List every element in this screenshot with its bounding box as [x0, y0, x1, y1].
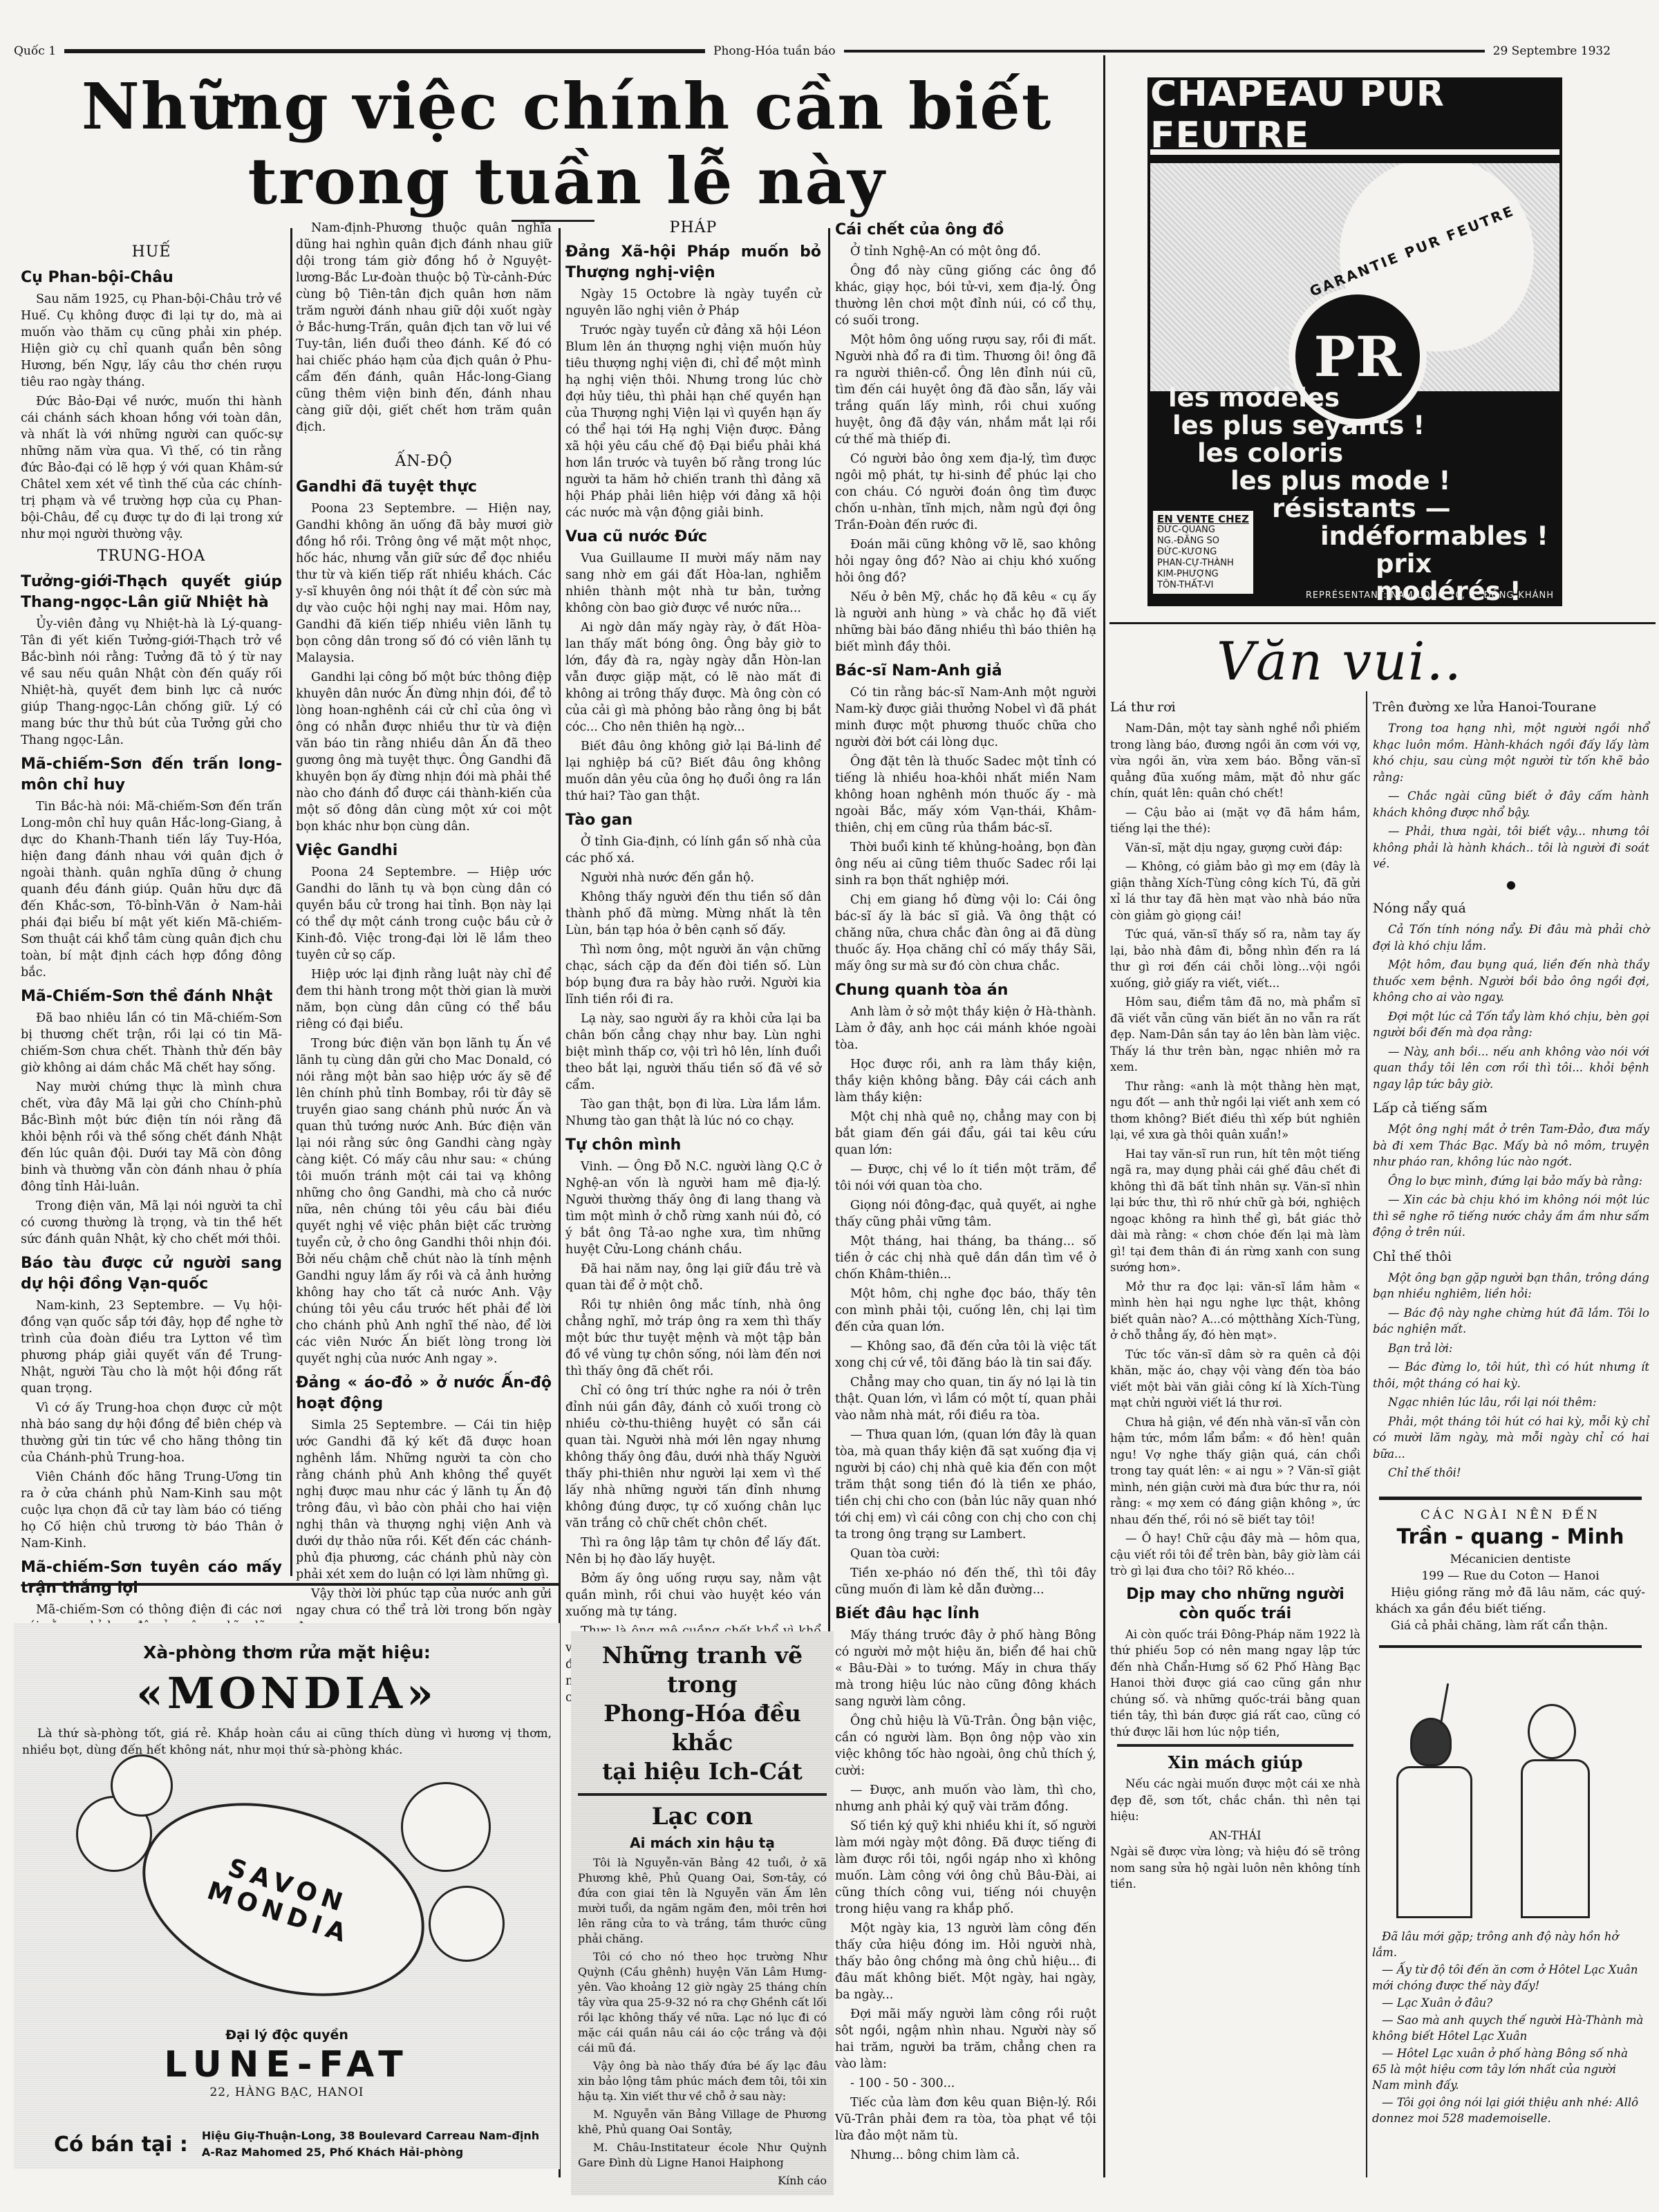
- article-paragraph: Hiệp ước lại định rằng luật này chỉ để đ…: [296, 966, 552, 1033]
- ich-cat-ad-box: Những tranh vẽ trong Phong-Hóa đều khắc …: [571, 1631, 834, 2195]
- man-right-head-icon: [1528, 1704, 1576, 1759]
- article-paragraph: Giọng nói đông-đạc, quả quyết, ai nghe t…: [835, 1197, 1096, 1230]
- article-paragraph: Chị em giang hồ đừng vội lo: Cái ông bác…: [835, 892, 1096, 975]
- article-title: Dịp may cho những người còn quốc trái: [1110, 1585, 1360, 1624]
- article-paragraph: Lạ này, sao người ấy ra khỏi cửa lại ba …: [565, 1011, 821, 1094]
- article-paragraph: Vì cớ ấy Trung-hoa chọn được cử một nhà …: [21, 1400, 282, 1466]
- article-paragraph: Hôm sau, điểm tâm đã no, mà phẩm sĩ đã v…: [1110, 994, 1360, 1076]
- article-title: Lấp cả tiếng sấm: [1373, 1098, 1649, 1118]
- dentist-kicker: CÁC NGÀI NÊN ĐẾN: [1376, 1507, 1645, 1524]
- article-paragraph: Nay mười chứng thực là mình chưa chết, v…: [21, 1079, 282, 1195]
- article-nong-nay-qua: Nóng nẩy quá Cả Tốn tính nóng nẩy. Đi đâ…: [1373, 898, 1649, 1092]
- caption-line: — Ấy từ độ tôi đến ăn cơm ở Hôtel Lạc Xu…: [1372, 1962, 1645, 1994]
- article-ma-chiem-son-the-danh-nhat: Mã-Chiếm-Sơn thề đánh Nhật Đã bao nhiêu …: [21, 986, 282, 1248]
- article-title: Tào gan: [565, 810, 821, 831]
- dentist-body: Giá cả phải chăng, làm rất cẩn thận.: [1376, 1618, 1645, 1634]
- article-title: Việc Gandhi: [296, 841, 552, 861]
- article-paragraph: — Cậu bảo ai (mặt vợ đã hầm hầm, tiếng l…: [1110, 805, 1360, 837]
- mondia-kicker: Xà-phòng thơm rửa mặt hiệu:: [14, 1642, 560, 1662]
- vente-item: KIM-PHƯỢNG: [1157, 569, 1249, 580]
- savon-mondia-soap-icon: SAVON MONDIA: [118, 1769, 449, 2030]
- masthead-left: Quốc 1: [14, 44, 56, 58]
- mondia-soap-ad: Xà-phòng thơm rửa mặt hiệu: «MONDIA» Là …: [14, 1623, 560, 2169]
- article-paragraph: — Không, có giảm bảo gì mợ em (đây là gi…: [1110, 859, 1360, 924]
- article-la-thu-roi: Lá thư rơi Nam-Dân, một tay sành nghề nổ…: [1110, 697, 1360, 1580]
- article-paragraph: Văn-sĩ, mặt dịu ngay, gượng cười đáp:: [1110, 840, 1360, 856]
- dentist-name: Trần - quang - Minh: [1376, 1524, 1645, 1551]
- article-paragraph: Đã hai năm nay, ông lại giữ đầu trẻ và q…: [565, 1261, 821, 1294]
- article-title: Xin mách giúp: [1110, 1752, 1360, 1773]
- article-paragraph: Một hôm ông uống rượu say, rồi đi mất. N…: [835, 332, 1096, 448]
- vente-item: ĐỨC-QUANG: [1157, 525, 1249, 536]
- slogan-line: les plus mode !: [1168, 467, 1559, 495]
- article-paragraph: Nam-định-Phương thuộc quân nghĩa dũng ha…: [296, 220, 552, 435]
- article-title: Nóng nẩy quá: [1373, 898, 1649, 919]
- emblem-letters: PR: [1314, 324, 1402, 389]
- article-paragraph: Một ông bạn gặp người bạn thân, trông dá…: [1373, 1270, 1649, 1302]
- article-paragraph: — Thưa quan lớn, (quan lớn đây là quan t…: [835, 1427, 1096, 1543]
- dentist-body: Hiệu giồng răng mở đã lâu năm, các quý-k…: [1376, 1584, 1645, 1618]
- article-paragraph: Đoán mãi cũng không vỡ lẽ, sao không hỏi…: [835, 536, 1096, 586]
- ich-cat-line-2: Phong-Hóa đều khắc: [578, 1699, 827, 1757]
- article-paragraph: Có tin rằng bác-sĩ Nam-Anh một người Nam…: [835, 684, 1096, 751]
- article-paragraph: Chưa hả giận, về đến nhà văn-sĩ vẫn còn …: [1110, 1414, 1360, 1528]
- article-paragraph: Ngạc nhiên lúc lâu, rồi lại nói thêm:: [1373, 1394, 1649, 1411]
- flower-icon: [401, 1782, 491, 1872]
- cartoon-two-men-illustration: [1389, 1676, 1652, 1918]
- article-paragraph: Thư rằng: «anh là một thằng hèn mạt, ngu…: [1110, 1078, 1360, 1143]
- article-paragraph: Tức tốc văn-sĩ dâm sờ ra quên cả đội khă…: [1110, 1347, 1360, 1412]
- section-label-an-do: ẤN-ĐỘ: [296, 453, 552, 470]
- van-vui-left-column: Lá thư rơi Nam-Dân, một tay sành nghề nổ…: [1110, 691, 1360, 1895]
- article-paragraph: Tiếc của làm đơn kêu quan Biện-lý. Rồi V…: [835, 2094, 1096, 2144]
- mondia-agency: Đại lý độc quyền LUNE-FAT 22, HÀNG BẠC, …: [14, 2027, 560, 2099]
- section-divider: [1379, 1497, 1642, 1500]
- masthead-rule-left: [64, 49, 705, 53]
- article-paragraph: Trong toa hạng nhì, một người ngồi nhổ k…: [1373, 720, 1649, 785]
- masthead: Quốc 1 Phong-Hóa tuần báo 29 Septembre 1…: [14, 43, 1611, 59]
- bullet-separator-icon: ●: [1373, 877, 1649, 893]
- article-viec-gandhi: Việc Gandhi Poona 24 Septembre. — Hiệp ư…: [296, 841, 552, 1367]
- article-paragraph: Đức Bảo-Đại về nước, muốn thi hành cái c…: [21, 393, 282, 543]
- article-paragraph: Vinh. — Ông Đỗ N.C. người làng Q.C ở Ngh…: [565, 1159, 821, 1258]
- divider: [578, 1793, 827, 1796]
- dentist-title: Mécanicien dentiste: [1376, 1551, 1645, 1568]
- article-title: Bác-sĩ Nam-Anh giả: [835, 661, 1096, 682]
- article-title: Vua cũ nước Đức: [565, 527, 821, 547]
- article-title: Mã-chiếm-Sơn đến trấn long-môn chỉ huy: [21, 754, 282, 796]
- news-column-3: PHÁP Đảng Xã-hội Pháp muốn bỏ Thượng ngh…: [565, 220, 821, 1709]
- article-paragraph: Phải, một tháng tôi hút có hai kỳ, mỗi k…: [1373, 1414, 1649, 1463]
- article-title: Cụ Phan-bội-Châu: [21, 268, 282, 288]
- article-paragraph: — Phải, thưa ngài, tôi biết vậy... nhưng…: [1373, 823, 1649, 872]
- article-phan-boi-chau: Cụ Phan-bội-Châu Sau năm 1925, cụ Phan-b…: [21, 268, 282, 543]
- chapeau-pur-feutre-ad: CHAPEAU PUR FEUTRE GARANTIE PUR FEUTRE P…: [1147, 77, 1562, 606]
- article-paragraph: — Được, anh muốn vào làm, thì cho, nhưng…: [835, 1782, 1096, 1815]
- vente-item: ĐỨC-KƯƠNG: [1157, 547, 1249, 558]
- representant-line: REPRÉSENTANT: NAM-LONG 10, Bᵈ ĐỒNG-KHÁNH: [1306, 590, 1554, 601]
- lac-con-body: Tôi là Nguyễn-văn Bảng 42 tuổi, ở xã Phư…: [578, 1855, 827, 2188]
- article-paragraph: Hai tay văn-sĩ run run, hít tên một tiến…: [1110, 1146, 1360, 1276]
- section-label-trung-hoa: TRUNG-HOA: [21, 548, 282, 565]
- sold-label: Có bán tại :: [54, 2133, 188, 2157]
- article-paragraph: — Này, anh bồi... nếu anh không vào nói …: [1373, 1044, 1649, 1093]
- article-paragraph: — Ô hay! Chữ cậu đây mà — hôm qua, cậu v…: [1110, 1530, 1360, 1580]
- article-paragraph: Ai ngờ dân mấy ngày rày, ở đất Hòa-lan t…: [565, 619, 821, 735]
- dentist-ad: CÁC NGÀI NÊN ĐẾN Trần - quang - Minh Méc…: [1376, 1507, 1645, 1634]
- article-paragraph: M. Châu-Institateur école Như Quỳnh Gare…: [578, 2140, 827, 2171]
- article-title: Biết đâu hạc lỉnh: [835, 1604, 1096, 1624]
- article-ma-chiem-son-long-mon: Mã-chiếm-Sơn đến trấn long-môn chỉ huy T…: [21, 754, 282, 981]
- column-divider: [290, 228, 292, 1576]
- article-tuong-gioi-thach: Tưởng-giới-Thạch quyết giúp Thang-ngọc-L…: [21, 572, 282, 749]
- caption-line: — Hôtel Lạc xuân ở phố hàng Bông số nhà …: [1372, 2045, 1645, 2093]
- article-paragraph: - 100 - 50 - 300...: [835, 2075, 1096, 2092]
- article-paragraph: Vua Guillaume II mười mấy năm nay sang n…: [565, 550, 821, 617]
- article-paragraph: Cả Tốn tính nóng nẩy. Đi đâu mà phải chờ…: [1373, 921, 1649, 954]
- vente-item: TÔN-THẤT-VI: [1157, 580, 1249, 591]
- article-title: Trên đường xe lửa Hanoi-Tourane: [1373, 697, 1649, 718]
- news-column-4: Cái chết của ông đồ Ở tỉnh Nghệ-An có mộ…: [835, 220, 1096, 2176]
- masthead-date: 29 Septembre 1932: [1493, 44, 1611, 58]
- article-paragraph: Anh làm ở sở một thầy kiện ở Hà-thành. L…: [835, 1004, 1096, 1053]
- article-dang-xa-hoi-phap: Đảng Xã-hội Pháp muốn bỏ Thượng nghị-việ…: [565, 242, 821, 521]
- article-title: Chung quanh tòa án: [835, 980, 1096, 1001]
- article-tao-gan: Tào gan Ở tỉnh Gia-định, có lính gần số …: [565, 810, 821, 1130]
- caption-line: — Sao mà anh quych thế người Hà-Thành mà…: [1372, 2012, 1645, 2044]
- article-title: Cái chết của ông đồ: [835, 220, 1096, 241]
- article-paragraph: Trong điện văn, Mã lại nói người ta chỉ …: [21, 1198, 282, 1248]
- article-paragraph: Số tiền ký quỹ khi nhiều khi ít, số ngườ…: [835, 1818, 1096, 1918]
- van-vui-right-column: Trên đường xe lửa Hanoi-Tourane Trong to…: [1373, 691, 1649, 1484]
- article-paragraph: Đợi mãi mấy người làm công rồi ruột sôt …: [835, 2006, 1096, 2072]
- article-title: Chỉ thế thôi: [1373, 1246, 1649, 1267]
- article-paragraph: Mấy tháng trước đây ở phố hàng Bông có n…: [835, 1627, 1096, 1710]
- article-paragraph: — Chắc ngài cũng biết ở đây cấm hành khá…: [1373, 788, 1649, 821]
- article-xin-mach-giup: Xin mách giúp Nếu các ngài muốn được một…: [1110, 1752, 1360, 1893]
- article-paragraph: Bạn trả lời:: [1373, 1340, 1649, 1357]
- article-paragraph: Rồi tự nhiên ông mắc tính, nhà ông chẳng…: [565, 1297, 821, 1380]
- caption-line: Đã lâu mới gặp; trông anh độ này hồn hở …: [1372, 1929, 1645, 1960]
- article-paragraph: Ông đặt tên là thuốc Sadec một tỉnh có t…: [835, 753, 1096, 836]
- vente-header: EN VENTE CHEZ: [1157, 514, 1249, 525]
- smoke-icon: [1440, 1683, 1449, 1725]
- article-gandhi-tuyet-thuc: Gandhi đã tuyệt thực Poona 23 Septembre.…: [296, 477, 552, 835]
- article-lap-ca-tieng-sam: Lấp cả tiếng sấm Một ông nghị mắt ở trên…: [1373, 1098, 1649, 1241]
- article-title: Tưởng-giới-Thạch quyết giúp Thang-ngọc-L…: [21, 572, 282, 613]
- man-left-body-icon: [1396, 1766, 1472, 1918]
- article-paragraph: Ông chủ hiệu là Vũ-Trân. Ông bận việc, c…: [835, 1713, 1096, 1779]
- article-paragraph: Nhưng... bông chim làm cả.: [835, 2147, 1096, 2164]
- article-paragraph: Viên Chánh đốc hãng Trung-Ương tin ra ở …: [21, 1469, 282, 1552]
- agency-label: Đại lý độc quyền: [14, 2027, 560, 2043]
- slogan-line: les coloris: [1168, 440, 1559, 467]
- mondia-sold-at: Có bán tại : Hiệu Giụ-Thuận-Long, 38 Bou…: [54, 2128, 539, 2161]
- article-chi-the-thoi: Chỉ thế thôi Một ông bạn gặp người bạn t…: [1373, 1246, 1649, 1481]
- divider: [1117, 1744, 1353, 1747]
- mondia-description: Là thứ sà-phòng tốt, giá rẻ. Khắp hoàn c…: [14, 1725, 560, 1759]
- vente-item: PHAN-CỰ-THÀNH: [1157, 558, 1249, 569]
- article-paragraph: Một chị nhà quê nọ, chẳng may con bị bắt…: [835, 1109, 1096, 1159]
- article-dip-may-quoc-trai: Dịp may cho những người còn quốc trái Ai…: [1110, 1585, 1360, 1741]
- caption-line: — Tôi gọi ông nói lại giới thiệu anh nhé…: [1372, 2094, 1645, 2126]
- lac-con-sign: Kính cáo: [578, 2173, 827, 2188]
- article-paragraph: Thì nơm ông, một người ăn vận chững chạc…: [565, 941, 821, 1008]
- article-paragraph: — Xin các bà chịu khó im không nói một l…: [1373, 1192, 1649, 1241]
- ich-cat-line-3: tại hiệu Ich-Cát: [578, 1757, 827, 1786]
- chapeau-banner: CHAPEAU PUR FEUTRE: [1150, 80, 1559, 155]
- article-paragraph: Tiền xe-pháo nó đến thế, thì tôi đây cũn…: [835, 1565, 1096, 1598]
- article-chung-quanh-toa-an: Chung quanh tòa án Anh làm ở sở một thầy…: [835, 980, 1096, 1598]
- article-paragraph: Đã bao nhiêu lần có tin Mã-chiếm-Sơn bị …: [21, 1010, 282, 1076]
- article-paragraph: Ở tỉnh Nghệ-An có một ông đồ.: [835, 243, 1096, 260]
- slogan-line: les plus seyants !: [1168, 412, 1559, 440]
- article-paragraph: Thì ra ông lập tâm tự chôn để lấy đất. N…: [565, 1535, 821, 1568]
- article-paragraph: Có người bảo ông xem địa-lý, tìm được ng…: [835, 451, 1096, 534]
- man-left-head-icon: [1410, 1718, 1452, 1766]
- article-paragraph: M. Nguyễn văn Bảng Village de Phương khê…: [578, 2107, 827, 2137]
- article-paragraph: Sau năm 1925, cụ Phan-bội-Châu trở về Hu…: [21, 291, 282, 391]
- sold-line: Hiệu Giụ-Thuận-Long, 38 Boulevard Carrea…: [202, 2128, 539, 2144]
- article-paragraph: Ai còn quốc trái Đông-Pháp năm 1922 là t…: [1110, 1627, 1360, 1741]
- section-divider: [1109, 622, 1656, 624]
- man-right-body-icon: [1521, 1759, 1590, 1918]
- news-column-2: Nam-định-Phương thuộc quân nghĩa dũng ha…: [296, 220, 552, 1757]
- article-paragraph: Chỉ có ông trí thức nghe ra nói ở trên đ…: [565, 1382, 821, 1532]
- article-paragraph: Ngài sẽ được vừa lòng; và hiệu đó sẽ trô…: [1110, 1844, 1360, 1893]
- page-headline: Những việc chính cần biết trong tuần lễ …: [76, 69, 1058, 218]
- dentist-address: 199 — Rue du Coton — Hanoi: [1376, 1568, 1645, 1584]
- slogan-line: les modèles: [1168, 384, 1559, 412]
- article-paragraph: Gandhi lại công bố một bức thông điệp kh…: [296, 669, 552, 835]
- article-paragraph: Nếu các ngài muốn được một cái xe nhà đẹ…: [1110, 1776, 1360, 1825]
- column-divider: [1366, 691, 1367, 2177]
- lac-con-title: Lạc con: [578, 1801, 827, 1832]
- masthead-rule-right: [844, 50, 1485, 53]
- article-title: Đảng « áo-đỏ » ở nước Ấn-độ hoạt động: [296, 1373, 552, 1414]
- column-divider: [1103, 55, 1105, 2177]
- article-paragraph: Trước ngày tuyển cử đảng xã hội Léon Blu…: [565, 322, 821, 521]
- article-paragraph: Một ngày kia, 13 người làm công đến thấy…: [835, 1920, 1096, 2003]
- article-bac-si-nam-anh: Bác-sĩ Nam-Anh giả Có tin rằng bác-sĩ Na…: [835, 661, 1096, 975]
- article-paragraph: Simla 25 Septembre. — Cái tin hiệp ước G…: [296, 1417, 552, 1583]
- article-bao-tau-hoi-dong: Báo tàu được cử người sang dự hội đồng V…: [21, 1253, 282, 1552]
- article-paragraph: Quan tòa cười:: [835, 1546, 1096, 1562]
- ich-cat-line-1: Những tranh vẽ trong: [578, 1641, 827, 1699]
- article-paragraph: Thời buổi kinh tế khủng-hoảng, bọn đàn ô…: [835, 839, 1096, 889]
- article-paragraph: Nếu ở bên Mỹ, chắc họ đã kêu « cụ ấy là …: [835, 589, 1096, 655]
- vente-item: NG.-ĐĂNG SO: [1157, 536, 1249, 547]
- article-paragraph: Một ông nghị mắt ở trên Tam-Đảo, đưa mấy…: [1373, 1121, 1649, 1170]
- article-paragraph: Tức quá, văn-sĩ thấy số ra, nằm tay ấy l…: [1110, 926, 1360, 991]
- article-paragraph: — Bác đừng lo, tôi hút, thì có hút nhưng…: [1373, 1359, 1649, 1391]
- caption-line: — Lạc Xuân ở đâu?: [1372, 1995, 1645, 2011]
- article-paragraph: Không thấy người đến thu tiền số dân thà…: [565, 889, 821, 939]
- article-title: Đảng Xã-hội Pháp muốn bỏ Thượng nghị-việ…: [565, 242, 821, 283]
- article-paragraph: Tôi có cho nó theo học trường Như Quỳnh …: [578, 1949, 827, 2056]
- article-paragraph: Trong bức điện văn bọn lãnh tụ Ấn về lãn…: [296, 1035, 552, 1367]
- article-title: Gandhi đã tuyệt thực: [296, 477, 552, 498]
- article-xe-lua-hanoi-tourane: Trên đường xe lửa Hanoi-Tourane Trong to…: [1373, 697, 1649, 872]
- article-paragraph: Một hôm, đau bụng quá, liền đến nhà thầy…: [1373, 957, 1649, 1006]
- cartoon-caption: Đã lâu mới gặp; trông anh độ này hồn hở …: [1372, 1929, 1645, 2128]
- article-paragraph: Nam-kinh, 23 Septembre. — Vụ hội-đồng vạ…: [21, 1297, 282, 1397]
- article-paragraph: — Được, chị về lo ít tiền một trăm, để t…: [835, 1161, 1096, 1194]
- sold-line: A-Raz Mahomed 25, Phố Khách Hải-phòng: [202, 2144, 539, 2161]
- en-vente-list: EN VENTE CHEZ ĐỨC-QUANG NG.-ĐĂNG SO ĐỨC-…: [1153, 511, 1253, 594]
- article-paragraph: — Không sao, đã đến cửa tôi là việc tất …: [835, 1338, 1096, 1371]
- flower-icon: [429, 1886, 505, 1962]
- article-paragraph: Poona 24 Septembre. — Hiệp ước Gandhi do…: [296, 864, 552, 964]
- article-title: Mã-chiếm-Sơn tuyên cáo mấy trận thắng lợ…: [21, 1557, 282, 1599]
- article-paragraph: Tin Bắc-hà nói: Mã-chiếm-Sơn đến trấn Lo…: [21, 798, 282, 981]
- article-tu-chon-minh: Tự chôn mình Vinh. — Ông Đỗ N.C. người l…: [565, 1135, 821, 1706]
- article-paragraph: Biết đâu ông không giở lại Bá-linh để lạ…: [565, 738, 821, 805]
- article-title: Mã-Chiếm-Sơn thề đánh Nhật: [21, 986, 282, 1007]
- article-paragraph: Người nhà nước đến gắn hộ.: [565, 870, 821, 886]
- news-column-1: HUẾ Cụ Phan-bội-Châu Sau năm 1925, cụ Ph…: [21, 238, 282, 1721]
- article-title: Lá thư rơi: [1110, 697, 1360, 718]
- article-paragraph: Học được rồi, anh ra làm thầy kiện, thầy…: [835, 1056, 1096, 1106]
- article-paragraph: Ông đồ này cũng giống các ông đồ khác, g…: [835, 263, 1096, 329]
- mondia-brand: «MONDIA»: [14, 1668, 560, 1718]
- article-paragraph: Ngày 15 Octobre là ngày tuyển cử nguyên …: [565, 286, 821, 319]
- flower-icon: [111, 1754, 173, 1817]
- section-label-hue: HUẾ: [21, 244, 282, 261]
- article-paragraph: Một tháng, hai tháng, ba tháng... số tiề…: [835, 1233, 1096, 1283]
- article-paragraph: Chẳng may cho quan, tin ấy nó lại là tin…: [835, 1374, 1096, 1424]
- article-paragraph: Tôi là Nguyễn-văn Bảng 42 tuổi, ở xã Phư…: [578, 1855, 827, 1947]
- section-divider: [28, 1583, 560, 1586]
- article-paragraph: Tào gan thật, bọn đi lừa. Lừa lắm lắm. N…: [565, 1096, 821, 1130]
- article-paragraph: Chỉ thế thôi!: [1373, 1465, 1649, 1481]
- lac-con-subtitle: Ai mách xin hậu tạ: [578, 1835, 827, 1851]
- article-paragraph: Mở thư ra đọc lại: văn-sĩ lầm hằm « mình…: [1110, 1279, 1360, 1344]
- section-divider: [1379, 1645, 1642, 1648]
- article-title: Báo tàu được cử người sang dự hội đồng V…: [21, 1253, 282, 1295]
- article-paragraph: Nam-Dân, một tay sành nghề nổi phiếm tro…: [1110, 720, 1360, 802]
- shop-name: AN-THÁI: [1110, 1828, 1360, 1844]
- masthead-title: Phong-Hóa tuần báo: [713, 44, 836, 58]
- headline-line-1: Những việc chính cần biết: [76, 69, 1058, 144]
- article-title: Tự chôn mình: [565, 1135, 821, 1156]
- agency-name: LUNE-FAT: [14, 2044, 560, 2086]
- article-biet-dau-hac-linh: Biết đâu hạc lỉnh Mấy tháng trước đây ở …: [835, 1604, 1096, 2164]
- article-paragraph: Poona 23 Septembre. — Hiện nay, Gandhi k…: [296, 500, 552, 666]
- article-paragraph: Ủy-viên đảng vụ Nhiệt-hà là Lý-quang-Tân…: [21, 616, 282, 749]
- article-paragraph: Ở tỉnh Gia-định, có lính gần số nhà của …: [565, 834, 821, 867]
- article-paragraph: Ông lo bực mình, đứng lại bảo mấy bà rằn…: [1373, 1173, 1649, 1190]
- article-paragraph: — Bác độ này nghe chừng hút đã lắm. Tôi …: [1373, 1305, 1649, 1338]
- van-vui-title: Văn vui..: [1217, 630, 1463, 692]
- article-paragraph: Đợi một lúc cả Tốn tẩy làm khó chịu, bèn…: [1373, 1009, 1649, 1041]
- section-label-phap: PHÁP: [565, 220, 821, 236]
- article-paragraph: Bởm ấy ông uống rượu say, nằm vật quần m…: [565, 1571, 821, 1620]
- article-paragraph: Vậy ông bà nào thấy đứa bé ấy lạc đâu xi…: [578, 2059, 827, 2104]
- agency-address: 22, HÀNG BẠC, HANOI: [14, 2086, 560, 2099]
- article-paragraph: Một hôm, chị nghe đọc báo, thấy tên con …: [835, 1286, 1096, 1335]
- headline-line-2: trong tuần lễ này: [76, 144, 1058, 218]
- article-vua-cu-nuoc-duc: Vua cũ nước Đức Vua Guillaume II mười mấ…: [565, 527, 821, 805]
- article-cai-chet-ong-do: Cái chết của ông đồ Ở tỉnh Nghệ-An có mộ…: [835, 220, 1096, 655]
